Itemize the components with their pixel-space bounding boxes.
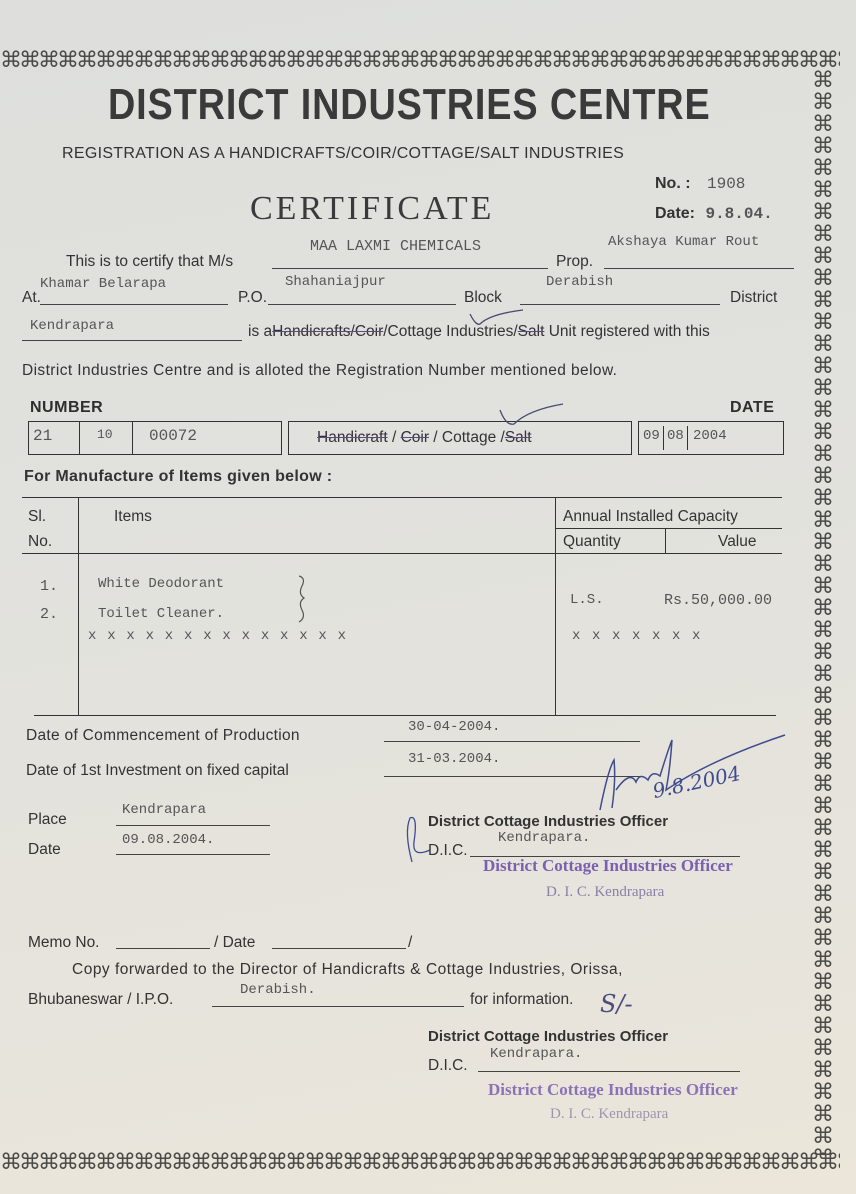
number-part-category: 10: [97, 427, 113, 442]
district-label: District: [730, 289, 777, 307]
block-line: [520, 304, 720, 305]
memo-signature: S/-: [600, 990, 633, 1018]
registration-sentence: District Industries Centre and is allote…: [22, 362, 617, 380]
certificate-number: No. : 1908: [655, 175, 745, 193]
col-value: Value: [718, 533, 757, 551]
item-row-1-name: White Deodorant: [98, 576, 224, 592]
firm-name-line: [272, 268, 548, 269]
memo-slash: /: [408, 934, 412, 952]
memo-label: Memo No.: [28, 934, 100, 952]
no-value: 1908: [707, 175, 745, 193]
registration-number-box: 21 10 00072: [28, 421, 282, 455]
capacity-filler: x x x x x x x: [572, 628, 702, 644]
ipo-line: [212, 1006, 464, 1007]
date-divider: [663, 426, 664, 450]
checkmark-icon: [498, 400, 568, 428]
capacity-subheader-border: [556, 528, 782, 529]
reg-date-day: 09: [643, 428, 660, 444]
certify-intro: This is to certify that M/s: [66, 253, 233, 271]
officer-stamp-title: District Cottage Industries Officer: [483, 856, 733, 876]
memo-stamp-title: District Cottage Industries Officer: [488, 1080, 738, 1100]
place-line: [116, 825, 270, 826]
block-label: Block: [464, 289, 502, 307]
registration-subtitle: REGISTRATION AS A HANDICRAFTS/COIR/COTTA…: [62, 145, 624, 163]
po-value: Shahaniajpur: [285, 274, 386, 290]
items-filler: x x x x x x x x x x x x x x: [88, 628, 347, 644]
date-divider: [687, 426, 688, 450]
date-column-label: DATE: [730, 399, 774, 417]
item-row-2-name: Toilet Cleaner.: [98, 606, 224, 622]
commencement-label: Date of Commencement of Production: [26, 727, 300, 745]
at-line: [40, 304, 228, 305]
checkmark-icon: [468, 308, 528, 330]
memo-date-label: / Date: [214, 934, 255, 952]
number-label: NUMBER: [30, 399, 103, 417]
sl-column-border: [78, 497, 79, 715]
org-title: DISTRICT INDUSTRIES CENTRE: [108, 80, 711, 130]
capacity-value: Rs.50,000.00: [664, 592, 772, 609]
certificate-paper: ⌘⌘⌘⌘⌘⌘⌘⌘⌘⌘⌘⌘⌘⌘⌘⌘⌘⌘⌘⌘⌘⌘⌘⌘⌘⌘⌘⌘⌘⌘⌘⌘⌘⌘⌘⌘⌘⌘⌘⌘…: [0, 0, 856, 1194]
no-label: No. :: [655, 175, 691, 192]
for-information-text: for information.: [470, 991, 573, 1009]
industry-type-box: Handicraft / Coir / Cottage /Salt: [288, 421, 632, 455]
issue-date-label: Date: [28, 841, 61, 859]
struck-handicraft: Handicraft: [317, 429, 388, 446]
separator: /: [388, 429, 401, 446]
reg-date-month: 08: [667, 428, 684, 444]
item-row-2-sl: 2.: [40, 606, 58, 623]
capacity-quantity: L.S.: [570, 592, 604, 608]
certificate-date: Date: 9.8.04.: [655, 205, 773, 223]
quantity-column-border: [665, 528, 666, 554]
industry-type-text: Handicraft / Coir / Cottage /Salt: [317, 429, 532, 447]
border-top-ornament: ⌘⌘⌘⌘⌘⌘⌘⌘⌘⌘⌘⌘⌘⌘⌘⌘⌘⌘⌘⌘⌘⌘⌘⌘⌘⌘⌘⌘⌘⌘⌘⌘⌘⌘⌘⌘⌘⌘⌘⌘…: [0, 50, 840, 72]
memo-date-line: [272, 948, 406, 949]
at-label: At.: [22, 289, 41, 307]
issue-date-line: [116, 854, 270, 855]
district-line: [22, 340, 242, 341]
commencement-value: 30-04-2004.: [408, 719, 500, 735]
number-part-district: 21: [33, 427, 52, 445]
items-heading: For Manufacture of Items given below :: [24, 468, 332, 486]
place-value: Kendrapara: [122, 802, 206, 818]
struck-coir: Coir: [401, 429, 429, 446]
reg-date-year: 2004: [693, 428, 727, 444]
item-row-1-sl: 1.: [40, 578, 58, 595]
unit-registered-text: Unit registered with this: [544, 323, 709, 340]
district-value: Kendrapara: [30, 318, 114, 334]
border-bottom-ornament: ⌘⌘⌘⌘⌘⌘⌘⌘⌘⌘⌘⌘⌘⌘⌘⌘⌘⌘⌘⌘⌘⌘⌘⌘⌘⌘⌘⌘⌘⌘⌘⌘⌘⌘⌘⌘⌘⌘⌘⌘…: [0, 1152, 840, 1174]
po-label: P.O.: [238, 289, 267, 307]
prop-line: [604, 268, 794, 269]
number-divider: [79, 422, 80, 454]
date-value: 9.8.04.: [705, 205, 772, 223]
po-line: [268, 304, 456, 305]
number-divider: [132, 422, 133, 454]
certificate-heading: CERTIFICATE: [250, 190, 494, 228]
struck-salt-box: Salt: [505, 429, 532, 446]
col-quantity: Quantity: [563, 533, 621, 551]
memo-stamp-sub: D. I. C. Kendrapara: [550, 1106, 668, 1123]
col-capacity: Annual Installed Capacity: [563, 508, 738, 526]
memo-dic-value: Kendrapara.: [490, 1046, 582, 1062]
number-part-serial: 00072: [149, 427, 197, 445]
registration-date-box: 09 08 2004: [638, 421, 784, 455]
dic-value: Kendrapara.: [498, 830, 590, 846]
border-right-ornament: ⌘⌘⌘⌘⌘⌘⌘⌘⌘⌘⌘⌘⌘⌘⌘⌘⌘⌘⌘⌘⌘⌘⌘⌘⌘⌘⌘⌘⌘⌘⌘⌘⌘⌘⌘⌘⌘⌘⌘⌘…: [812, 70, 834, 1155]
initial-signature-icon: [400, 812, 440, 866]
is-a-text: is a: [248, 323, 272, 340]
table-header-bottom-border: [22, 553, 782, 554]
items-column-border: [555, 497, 556, 715]
memo-dic-label: D.I.C.: [428, 1057, 468, 1075]
firm-name: MAA LAXMI CHEMICALS: [310, 238, 481, 255]
brace-icon: [296, 574, 310, 624]
col-no: No.: [28, 533, 52, 551]
officer-stamp-sub: D. I. C. Kendrapara: [546, 884, 664, 901]
block-value: Derabish: [546, 274, 613, 290]
cottage-text: / Cottage /: [429, 429, 505, 446]
proprietor-name: Akshaya Kumar Rout: [608, 234, 759, 250]
place-label: Place: [28, 811, 67, 829]
bhubaneswar-label: Bhubaneswar / I.P.O.: [28, 991, 173, 1009]
copy-forwarded-line: Copy forwarded to the Director of Handic…: [72, 961, 623, 979]
memo-dic-line: [478, 1071, 740, 1072]
memo-no-line: [116, 948, 210, 949]
issue-date-value: 09.08.2004.: [122, 832, 214, 848]
at-value: Khamar Belarapa: [40, 276, 166, 292]
col-sl: Sl.: [28, 508, 46, 526]
struck-handicrafts-coir: Handicrafts/Coir: [272, 323, 383, 340]
ipo-value: Derabish.: [240, 982, 316, 998]
officer-title: District Cottage Industries Officer: [428, 813, 668, 830]
memo-officer-title: District Cottage Industries Officer: [428, 1028, 668, 1045]
investment-value: 31-03.2004.: [408, 751, 500, 767]
table-top-border: [22, 497, 782, 498]
date-label: Date:: [655, 205, 695, 222]
prop-label: Prop.: [556, 253, 593, 271]
col-items: Items: [114, 508, 152, 526]
table-bottom-border: [34, 715, 776, 716]
investment-label: Date of 1st Investment on fixed capital: [26, 762, 289, 780]
